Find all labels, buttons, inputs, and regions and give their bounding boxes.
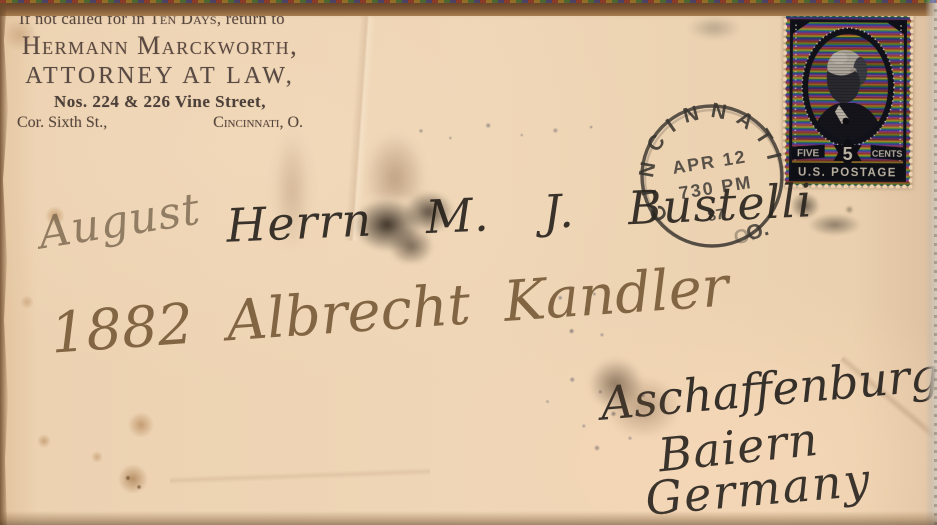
- scan-right-edge: [925, 0, 937, 525]
- corner-street: Cor. Sixth St.,: [17, 114, 107, 132]
- corner-city-line: Cor. Sixth St., Cincinnati, O.: [14, 114, 306, 132]
- attorney-title: ATTORNEY AT LAW,: [14, 63, 306, 90]
- origin-city-state: Cincinnati, O.: [213, 114, 303, 132]
- return-address-block: If not called for in Ten Days, return to…: [14, 10, 306, 132]
- postage-stamp: FIVE CENTS 5 U.S. POSTAGE: [782, 13, 913, 189]
- scan-artifact-strip: [0, 0, 937, 3]
- attorney-name: Hermann Marckworth,: [14, 31, 306, 60]
- office-street-address: Nos. 224 & 226 Vine Street,: [14, 92, 306, 111]
- stamp-vignette: [785, 15, 911, 186]
- ink-speckles: [400, 112, 610, 154]
- envelope-scan: If not called for in Ten Days, return to…: [0, 0, 937, 525]
- bottom-shadow-edge: [0, 511, 937, 525]
